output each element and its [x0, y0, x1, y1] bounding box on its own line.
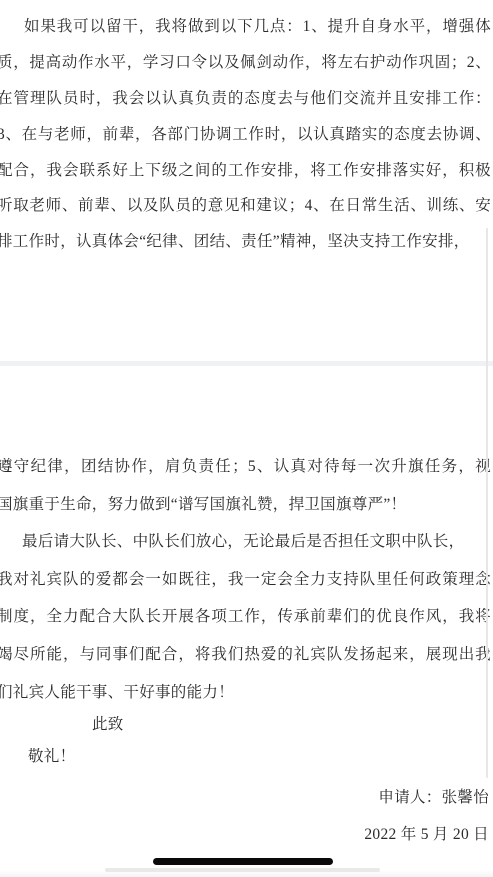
text-line: 如果我可以留干，我将做到以下几点：1、提升自身水平，增强体 [0, 9, 491, 45]
page-bottom-shadow [105, 868, 380, 872]
text-line: 遵守纪律，团结协作，肩负责任；5、认真对待每一次升旗任务，视 [0, 448, 491, 486]
document-page-1: 如果我可以留干，我将做到以下几点：1、提升自身水平，增强体 质，提高动作水平，学… [0, 9, 491, 260]
home-indicator[interactable] [153, 858, 333, 865]
text-line: 我对礼宾队的爱都会一如既往，我一定会全力支持队里任何政策理念 [0, 561, 491, 599]
text-line: 配合，我会联系好上下级之间的工作安排，将工作安排落实好，积极 [0, 153, 491, 189]
scrollbar-track[interactable] [486, 228, 488, 778]
text-line: 竭尽所能，与同事们配合，将我们热爱的礼宾队发扬起来，展现出我 [0, 636, 491, 674]
text-line: 最后请大队长、中队长们放心，无论最后是否担任文职中队长， [0, 523, 491, 561]
page-break-gap [0, 361, 493, 366]
text-line: 听取老师、前辈、以及队员的意见和建议；4、在日常生活、训练、安 [0, 188, 491, 224]
text-line: 在管理队员时，我会以认真负责的态度去与他们交流并且安排工作： [0, 81, 491, 117]
text-line: 质，提高动作水平，学习口令以及佩剑动作，将左右护动作巩固；2、 [0, 45, 491, 81]
text-line: 国旗重于生命，努力做到“谱写国旗礼赞，捍卫国旗尊严”！ [0, 486, 491, 524]
letter-date: 2022 年 5 月 20 日 [364, 823, 489, 847]
text-line: 3、在与老师，前辈，各部门协调工作时，以认真踏实的态度去协调、 [0, 117, 491, 153]
text-line: 们礼宾人能干事、干好事的能力！ [0, 674, 491, 712]
app-screen: { "document": { "type": "application-let… [0, 0, 493, 877]
text-line: 排工作时，认真体会“纪律、团结、责任”精神，坚决支持工作安排， [0, 224, 491, 260]
closing-salute: 敬礼！ [28, 745, 75, 769]
document-page-2: 遵守纪律，团结协作，肩负责任；5、认真对待每一次升旗任务，视 国旗重于生命，努力… [0, 448, 491, 711]
document-viewport: 如果我可以留干，我将做到以下几点：1、提升自身水平，增强体 质，提高动作水平，学… [0, 0, 493, 877]
applicant-signature: 申请人：张馨怡 [378, 786, 489, 810]
closing-regards: 此致 [92, 713, 124, 737]
text-line: 制度，全力配合大队长开展各项工作，传承前辈们的优良作风，我将 [0, 598, 491, 636]
